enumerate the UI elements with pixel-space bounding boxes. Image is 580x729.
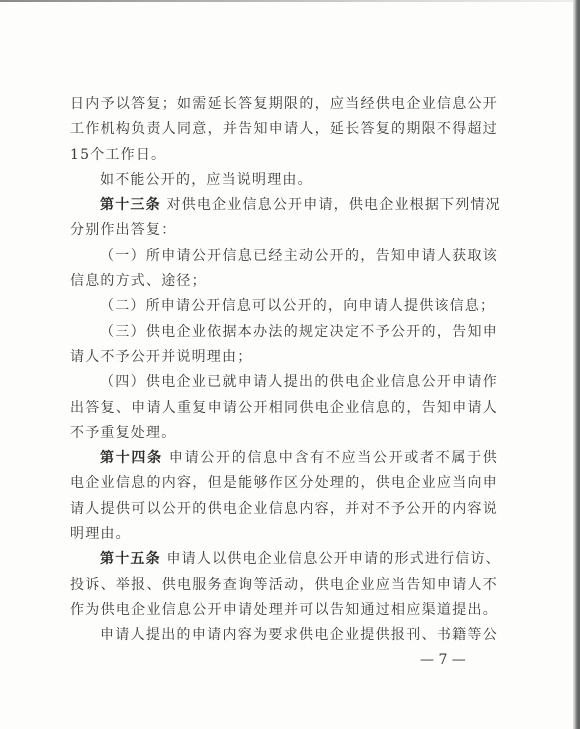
line-text: 对供电企业信息公开申请，供电企业根据下列情况	[161, 197, 501, 213]
text-line: 请人不予公开并说明理由；	[70, 345, 498, 370]
line-text: 日内予以答复；如需延长答复期限的，应当经供电企业信息公开	[70, 96, 498, 112]
line-text: （一）所申请公开信息已经主动公开的，告知申请人获取该	[100, 248, 498, 264]
line-text: 信息的方式、途径；	[70, 273, 207, 289]
article-15-heading: 第十五条 申请人以供电企业信息公开申请的形式进行信访、	[70, 547, 498, 572]
line-text: 出答复、申请人重复申请公开相同供电企业信息的，告知申请人	[70, 400, 498, 416]
article-14-heading: 第十四条 申请公开的信息中含有不应当公开或者不属于供	[70, 446, 498, 471]
article-label: 第十五条	[100, 551, 161, 567]
text-line: 投诉、举报、供电服务查询等活动，供电企业应当告知申请人不	[70, 573, 498, 598]
text-line: 分别作出答复：	[70, 218, 498, 243]
text-line: （三）供电企业依据本办法的规定决定不予公开的，告知申	[70, 320, 498, 345]
article-label: 第十四条	[100, 450, 163, 466]
text-line: 日内予以答复；如需延长答复期限的，应当经供电企业信息公开	[70, 92, 498, 117]
line-text: 工作机构负责人同意，并告知申请人，延长答复的期限不得超过	[70, 121, 498, 137]
text-line: 15个工作日。	[70, 143, 498, 168]
text-line: 不予重复处理。	[70, 421, 498, 446]
line-text: 申请公开的信息中含有不应当公开或者不属于供	[163, 450, 498, 466]
text-line: （二）所申请公开信息可以公开的，向申请人提供该信息；	[70, 294, 498, 319]
scan-top-edge	[0, 0, 580, 2]
page-number: — 7 —	[420, 652, 466, 668]
line-text: （四）供电企业已就申请人提出的供电企业信息公开申请作	[100, 374, 498, 390]
text-line: （四）供电企业已就申请人提出的供电企业信息公开申请作	[70, 370, 498, 395]
text-line: 工作机构负责人同意，并告知申请人，延长答复的期限不得超过	[70, 117, 498, 142]
line-text: 请人提供可以公开的供电企业信息内容，并对不予公开的内容说	[70, 501, 498, 517]
line-text: 电企业信息的内容，但是能够作区分处理的，供电企业应当向申	[70, 475, 498, 491]
line-text: 15个工作日。	[70, 147, 166, 163]
line-text: 作为供电企业信息公开申请处理并可以告知通过相应渠道提出。	[70, 602, 498, 618]
line-text: 申请人提出的申请内容为要求供电企业提供报刊、书籍等公	[100, 627, 498, 643]
text-line: 出答复、申请人重复申请公开相同供电企业信息的，告知申请人	[70, 396, 498, 421]
text-line: 信息的方式、途径；	[70, 269, 498, 294]
line-text: 请人不予公开并说明理由；	[70, 349, 252, 365]
line-text: 申请人以供电企业信息公开申请的形式进行信访、	[161, 551, 501, 567]
line-text: （二）所申请公开信息可以公开的，向申请人提供该信息；	[100, 298, 495, 314]
line-text: 分别作出答复：	[70, 222, 176, 238]
text-line: 申请人提出的申请内容为要求供电企业提供报刊、书籍等公	[70, 623, 498, 648]
document-body: 日内予以答复；如需延长答复期限的，应当经供电企业信息公开 工作机构负责人同意，并…	[70, 92, 498, 649]
text-line: （一）所申请公开信息已经主动公开的，告知申请人获取该	[70, 244, 498, 269]
text-line: 电企业信息的内容，但是能够作区分处理的，供电企业应当向申	[70, 471, 498, 496]
line-text: 投诉、举报、供电服务查询等活动，供电企业应当告知申请人不	[70, 577, 498, 593]
article-label: 第十三条	[100, 197, 161, 213]
article-13-heading: 第十三条 对供电企业信息公开申请，供电企业根据下列情况	[70, 193, 498, 218]
text-line: 作为供电企业信息公开申请处理并可以告知通过相应渠道提出。	[70, 598, 498, 623]
line-text: 明理由。	[70, 526, 131, 542]
text-line: 请人提供可以公开的供电企业信息内容，并对不予公开的内容说	[70, 497, 498, 522]
line-text: （三）供电企业依据本办法的规定决定不予公开的，告知申	[100, 324, 498, 340]
scan-right-edge	[573, 0, 580, 729]
text-line: 如不能公开的，应当说明理由。	[70, 168, 498, 193]
text-line: 明理由。	[70, 522, 498, 547]
line-text: 不予重复处理。	[70, 425, 176, 441]
line-text: 如不能公开的，应当说明理由。	[100, 172, 313, 188]
